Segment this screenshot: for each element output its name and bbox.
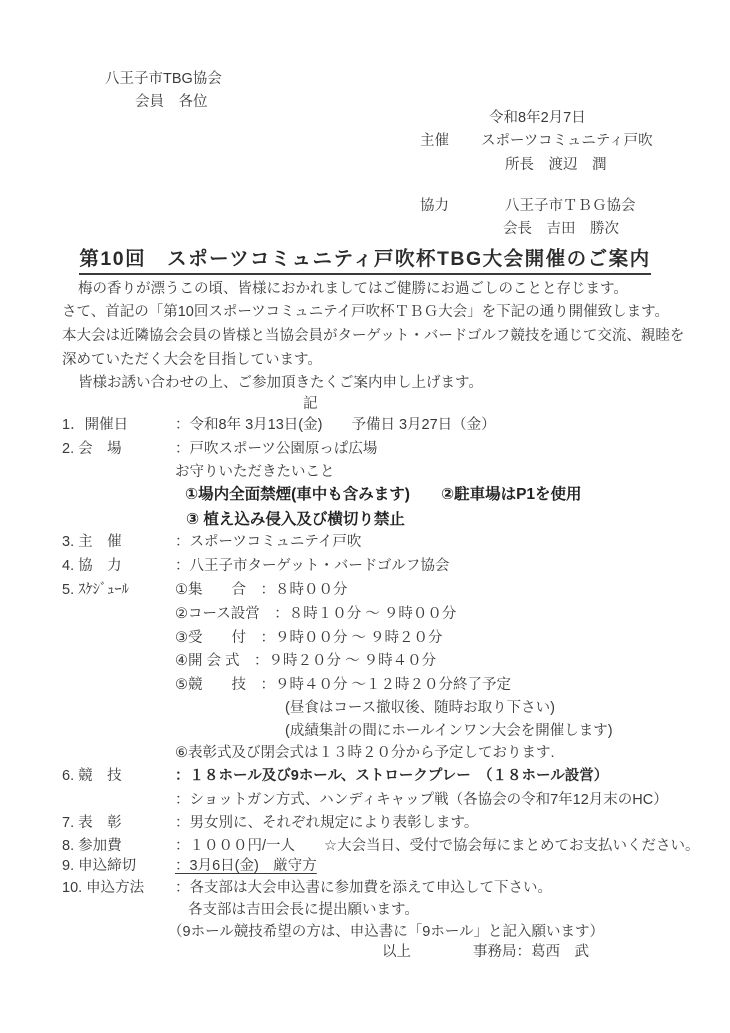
item-competition-value-1: ：１８ホール及び9ホール、ストロークプレー （１８ホール設営）: [175, 768, 608, 785]
intro-line-2: さて、首記の「第10回スポーツコミュニテイ戸吹杯ＴＢＧ大会」を下記の通り開催致し…: [62, 304, 669, 321]
schedule-step-5: ⑤競 技 ：９時４０分 ～１２時２０分終了予定: [175, 677, 511, 694]
item-application-value-1: ：各支部は大会申込書に参加費を添えて申込して下さい。: [175, 880, 552, 897]
item-date-value: ：令和8年 3月13日(金) 予備日 3月27日（金）: [175, 417, 496, 434]
support-label: 協力: [420, 198, 449, 215]
schedule-note-2: (成績集計の間にホールインワン大会を開催します): [285, 723, 613, 740]
office-contact: 事務局：葛西 武: [473, 944, 589, 961]
schedule-step-3: ③受 付 ：９時００分 ～ ９時２０分: [175, 630, 443, 647]
schedule-step-2: ②コース設営 ：８時１０分 ～ ９時００分: [175, 606, 456, 623]
item-venue-label: 2. 会 場: [62, 441, 122, 458]
intro-line-5: 皆様お誘い合わせの上、ご参加頂きたくご案内申し上げます。: [78, 375, 483, 392]
item-competition-label: 6. 競 技: [62, 768, 122, 785]
document-date: 令和8年2月7日: [489, 110, 586, 127]
intro-line-1: 梅の香りが漂うこの頃、皆様におかれましてはご健勝にお過ごしのことと存じます。: [78, 281, 628, 298]
host-person: 所長 渡辺 潤: [505, 157, 607, 174]
item-awards-label: 7. 表 彰: [62, 815, 122, 832]
sender-org: 八王子市TBG協会: [105, 71, 222, 88]
schedule-note-1: (昼食はコース撤収後、随時お取り下さい): [285, 700, 555, 717]
schedule-step-4: ④開 会 式 ：９時２０分 ～ ９時４０分: [175, 653, 436, 670]
item-host-label: 3. 主 催: [62, 534, 122, 551]
item-application-value-3: （9ホール競技希望の方は、申込書に「9ホール」と記入願います）: [168, 924, 604, 941]
item-host-value: ：スポーツコミュニテイ戸吹: [175, 534, 361, 551]
item-competition-value-2: ：ショットガン方式、ハンディキャップ戦（各協会の令和7年12月末のHC）: [175, 792, 668, 809]
page-title: 第10回 スポーツコミュニティ戸吹杯TBG大会開催のご案内: [79, 243, 650, 275]
item-support-label: 4. 協 力: [62, 558, 122, 575]
item-fee-value: ：１０００円/一人 ☆大会当日、受付で協会毎にまとめてお支払いください。: [175, 838, 700, 855]
support-name: 八王子市ＴＢＧ協会: [505, 198, 636, 215]
item-date-label: 1．開催日: [62, 417, 128, 434]
intro-line-4: 深めていただく大会を目指しています。: [62, 352, 322, 369]
host-label: 主催: [420, 133, 449, 150]
venue-note-heading: お守りいただきたいこと: [175, 464, 335, 481]
venue-rule-3: ③ 植え込み侵入及び横切り禁止: [186, 511, 405, 529]
item-schedule-label: 5. ｽｹｼﾞｭｰﾙ: [62, 582, 129, 599]
closing-text: 以上: [382, 944, 411, 961]
intro-line-3: 本大会は近隣協会会員の皆様と当協会員がターゲット・バードゴルフ競技を通じて交流、…: [62, 328, 684, 345]
schedule-step-6: ⑥表彰式及び閉会式は１３時２０分から予定しております.: [175, 745, 555, 762]
item-awards-value: ：男女別に、それぞれ規定により表彰します。: [175, 815, 478, 832]
item-application-label: 10. 申込方法: [62, 880, 144, 897]
item-support-value: ：八王子市ターゲット・バードゴルフ協会: [175, 558, 449, 575]
support-person: 会長 吉田 勝次: [503, 221, 619, 238]
host-name: スポーツコミュニティ戸吹: [481, 133, 653, 150]
sender-recipient: 会員 各位: [135, 94, 208, 111]
item-deadline-value: ：3月6日(金) 厳守方: [175, 858, 317, 875]
ki-marker: 記: [303, 396, 318, 413]
item-fee-label: 8. 参加費: [62, 838, 122, 855]
item-venue-value: ：戸吹スポーツ公園原っぱ広場: [175, 441, 377, 458]
item-deadline-label: 9. 申込締切: [62, 858, 136, 875]
page-title-row: 第10回 スポーツコミュニティ戸吹杯TBG大会開催のご案内: [0, 243, 730, 275]
item-application-value-2: 各支部は吉田会長に提出願います。: [188, 902, 419, 919]
venue-rule-1-2: ①場内全面禁煙(車中も含みます) ②駐車場はP1を使用: [185, 486, 582, 504]
document-page: 八王子市TBG協会 会員 各位 令和8年2月7日 主催 スポーツコミュニティ戸吹…: [0, 0, 730, 1033]
schedule-step-1: ①集 合 ：８時００分: [175, 582, 348, 599]
